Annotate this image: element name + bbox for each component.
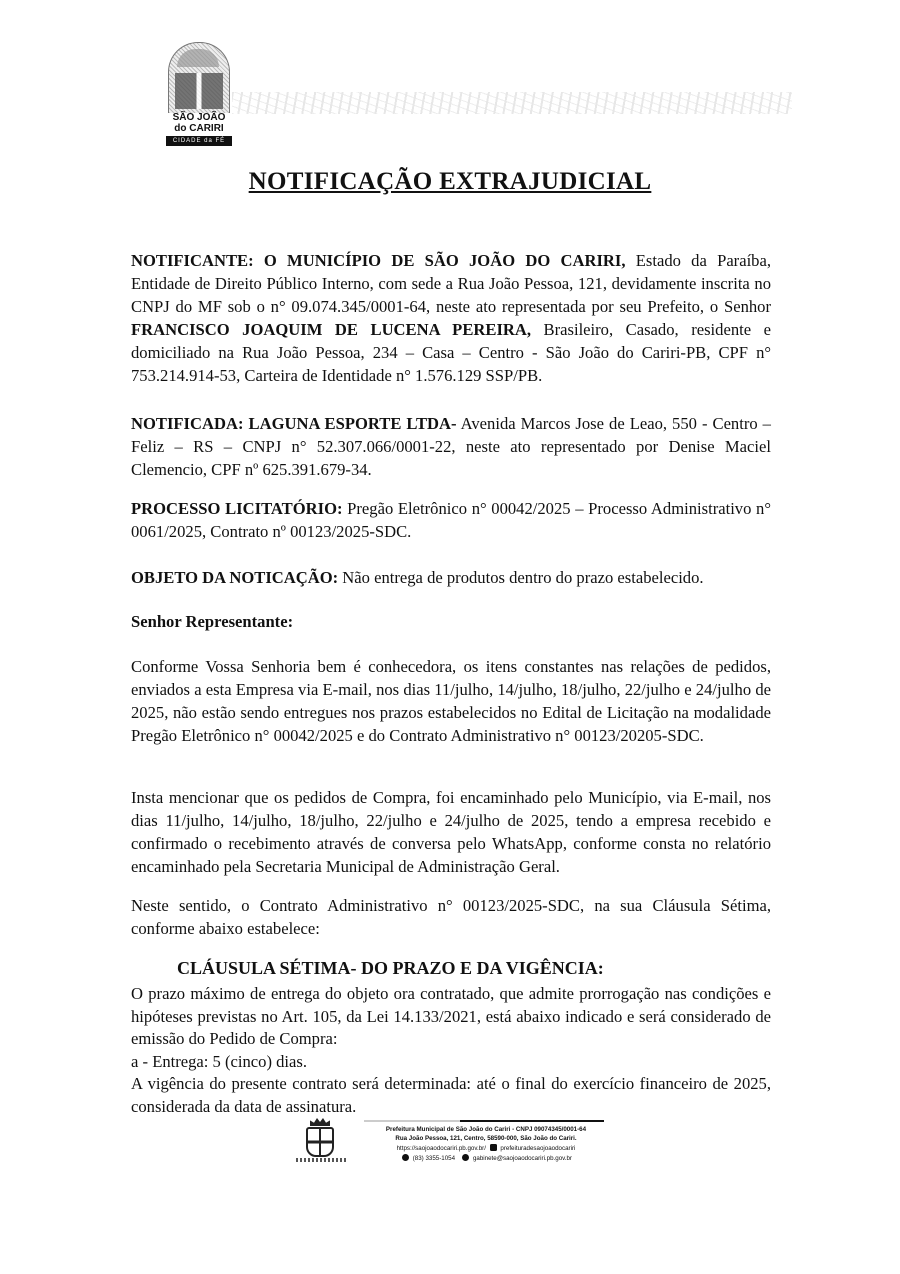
footer-contact-row: (83) 3355-1054 gabinete@saojoaodocariri.… [356, 1154, 616, 1164]
mayor-name: FRANCISCO JOAQUIM DE LUCENA PEREIRA, [131, 320, 531, 339]
document-page: SÃO JOÃO do CARIRI CIDADE da FÉ NOTIFICA… [0, 0, 900, 1274]
clause-body: O prazo máximo de entrega do objeto ora … [131, 983, 771, 1118]
body-paragraph-2: Insta mencionar que os pedidos de Compra… [131, 786, 771, 878]
logo-dome [177, 49, 219, 67]
clause-text1: O prazo máximo de entrega do objeto ora … [131, 983, 771, 1051]
salutation: Senhor Representante: [131, 610, 771, 633]
clause-text2: A vigência do presente contrato será det… [131, 1073, 771, 1118]
logo-name: SÃO JOÃO do CARIRI [166, 112, 232, 134]
phone-icon [402, 1154, 409, 1161]
footer-phone: (83) 3355-1054 [413, 1155, 455, 1162]
body-paragraph-1: Conforme Vossa Senhoria bem é conhecedor… [131, 655, 771, 747]
email-icon [462, 1154, 469, 1161]
logo-columns [175, 73, 223, 109]
notificada-label: NOTIFICADA: [131, 414, 243, 433]
notificante-label: NOTIFICANTE: [131, 251, 254, 270]
logo-name-line1: SÃO JOÃO [166, 112, 232, 123]
shield-icon [306, 1127, 334, 1157]
processo-paragraph: PROCESSO LICITATÓRIO: Pregão Eletrônico … [131, 497, 771, 543]
notificada-paragraph: NOTIFICADA: LAGUNA ESPORTE LTDA- Avenida… [131, 412, 771, 481]
footer: Prefeitura Municipal de São João do Cari… [296, 1114, 616, 1180]
salutation-text: Senhor Representante: [131, 612, 293, 631]
body-paragraph-3: Neste sentido, o Contrato Administrativo… [131, 894, 771, 940]
objeto-text: Não entrega de produtos dentro do prazo … [338, 568, 703, 587]
notificada-name: LAGUNA ESPORTE LTDA- [249, 414, 457, 433]
notificante-paragraph: NOTIFICANTE: O MUNICÍPIO DE SÃO JOÃO DO … [131, 249, 771, 387]
footer-web-row: https://saojoaodocariri.pb.gov.br/ prefe… [356, 1144, 616, 1154]
logo-arch [168, 42, 230, 113]
objeto-label: OBJETO DA NOTICAÇÃO: [131, 568, 338, 587]
footer-address: Rua João Pessoa, 121, Centro, 58590-000,… [356, 1134, 616, 1144]
footer-website[interactable]: https://saojoaodocariri.pb.gov.br/ [397, 1145, 486, 1152]
decorative-banner [232, 92, 792, 114]
notificante-name: O MUNICÍPIO DE SÃO JOÃO DO CARIRI, [264, 251, 626, 270]
footer-email[interactable]: gabinete@saojoaodocariri.pb.gov.br [473, 1155, 572, 1162]
objeto-paragraph: OBJETO DA NOTICAÇÃO: Não entrega de prod… [131, 566, 771, 589]
document-title: NOTIFICAÇÃO EXTRAJUDICIAL [0, 168, 900, 196]
clause-title: CLÁUSULA SÉTIMA- DO PRAZO E DA VIGÊNCIA: [177, 958, 604, 979]
processo-label: PROCESSO LICITATÓRIO: [131, 499, 343, 518]
crest-icon [300, 1118, 340, 1162]
municipal-logo-icon: SÃO JOÃO do CARIRI CIDADE da FÉ [166, 42, 232, 148]
clause-item-a: a - Entrega: 5 (cinco) dias. [131, 1051, 771, 1074]
footer-instagram[interactable]: prefeituradesaojoaodocariri [500, 1145, 575, 1152]
ribbon-icon [296, 1158, 346, 1162]
footer-divider [364, 1120, 604, 1122]
instagram-icon [490, 1144, 497, 1151]
logo-name-line2: do CARIRI [166, 123, 232, 134]
logo-tagline: CIDADE da FÉ [166, 136, 232, 146]
crown-icon [310, 1118, 330, 1126]
